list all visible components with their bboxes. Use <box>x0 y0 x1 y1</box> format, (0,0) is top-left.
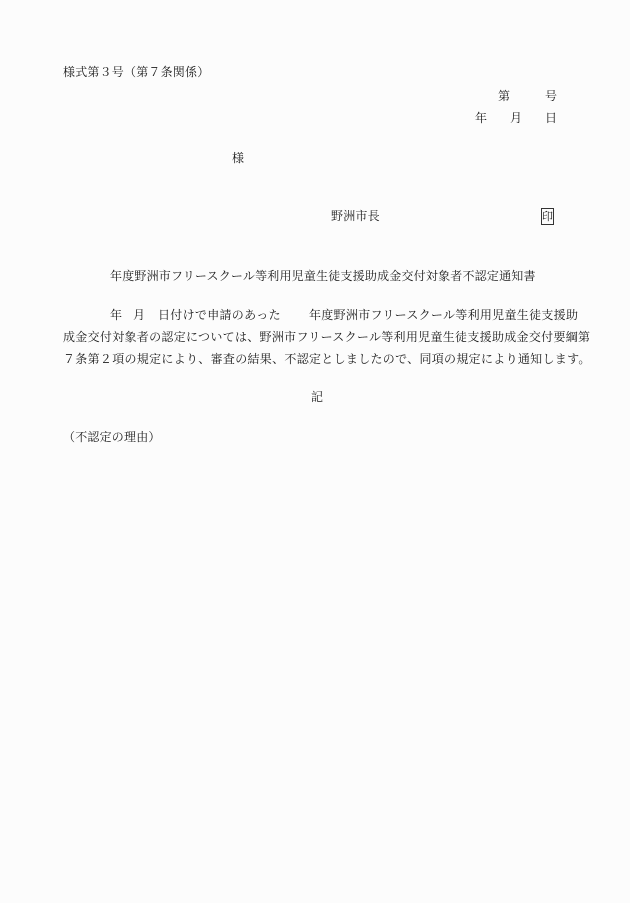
date-day: 日 <box>545 112 557 124</box>
body-line3: ７条第２項の規定により、審査の結果、不認定としましたので、同項の規定により通知し… <box>63 353 591 365</box>
body-line1-text2: 年度野洲市フリースクール等利用児童生徒支援助 <box>309 309 578 321</box>
body-line1-month: 月 <box>133 309 145 321</box>
body-line2: 成金交付対象者の認定については、野洲市フリースクール等利用児童生徒支援助成金交付… <box>63 331 590 343</box>
sender-name: 野洲市長 <box>331 210 380 222</box>
note-heading: 記 <box>311 391 323 403</box>
document-title: 年度野洲市フリースクール等利用児童生徒支援助成金交付対象者不認定通知書 <box>110 270 536 282</box>
form-number: 様式第３号（第７条関係） <box>63 66 209 78</box>
recipient-honorific: 様 <box>232 152 244 164</box>
reason-label: （不認定の理由） <box>63 431 161 443</box>
reference-number-suffix: 号 <box>545 90 557 102</box>
reference-number-prefix: 第 <box>498 90 510 102</box>
seal-stamp-icon: 印 <box>541 208 554 225</box>
date-month: 月 <box>510 112 522 124</box>
body-line1-year: 年 <box>110 309 122 321</box>
body-line1-text: 日付けで申請のあった <box>158 309 281 321</box>
date-year: 年 <box>475 112 487 124</box>
